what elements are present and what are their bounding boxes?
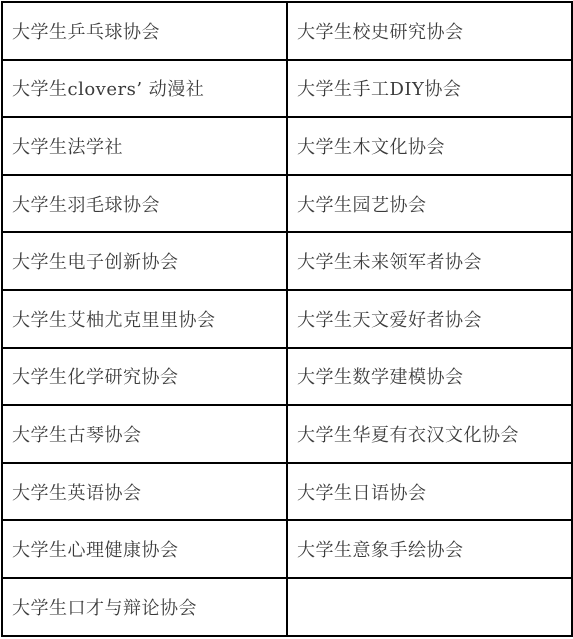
table-cell-left: 大学生电子创新协会 [2,232,287,290]
table-cell-left: 大学生古琴协会 [2,405,287,463]
table-cell-right: 大学生数学建模协会 [287,348,572,406]
table-cell-left: 大学生clovers’ 动漫社 [2,60,287,118]
table-cell-right: 大学生日语协会 [287,463,572,521]
table-cell-right: 大学生手工DIY协会 [287,60,572,118]
table-cell-right: 大学生意象手绘协会 [287,520,572,578]
associations-table-body: 大学生乒乓球协会大学生校史研究协会大学生clovers’ 动漫社大学生手工DIY… [2,2,572,636]
table-row: 大学生古琴协会大学生华夏有衣汉文化协会 [2,405,572,463]
table-row: 大学生口才与辩论协会 [2,578,572,636]
table-cell-left: 大学生法学社 [2,117,287,175]
table-cell-right: 大学生华夏有衣汉文化协会 [287,405,572,463]
table-row: 大学生电子创新协会大学生未来领军者协会 [2,232,572,290]
table-row: 大学生英语协会大学生日语协会 [2,463,572,521]
table-cell-right: 大学生木文化协会 [287,117,572,175]
table-row: 大学生羽毛球协会大学生园艺协会 [2,175,572,233]
table-row: 大学生艾柚尤克里里协会大学生天文爱好者协会 [2,290,572,348]
table-cell-left: 大学生化学研究协会 [2,348,287,406]
table-cell-left: 大学生乒乓球协会 [2,2,287,60]
table-cell-right [287,578,572,636]
document-page: 大学生乒乓球协会大学生校史研究协会大学生clovers’ 动漫社大学生手工DIY… [0,0,573,639]
table-cell-left: 大学生羽毛球协会 [2,175,287,233]
table-cell-left: 大学生艾柚尤克里里协会 [2,290,287,348]
table-cell-right: 大学生校史研究协会 [287,2,572,60]
table-cell-left: 大学生心理健康协会 [2,520,287,578]
table-cell-right: 大学生未来领军者协会 [287,232,572,290]
table-row: 大学生法学社大学生木文化协会 [2,117,572,175]
table-row: 大学生乒乓球协会大学生校史研究协会 [2,2,572,60]
table-cell-right: 大学生天文爱好者协会 [287,290,572,348]
table-cell-left: 大学生英语协会 [2,463,287,521]
table-row: 大学生心理健康协会大学生意象手绘协会 [2,520,572,578]
table-row: 大学生clovers’ 动漫社大学生手工DIY协会 [2,60,572,118]
associations-table: 大学生乒乓球协会大学生校史研究协会大学生clovers’ 动漫社大学生手工DIY… [1,1,573,637]
table-cell-right: 大学生园艺协会 [287,175,572,233]
table-row: 大学生化学研究协会大学生数学建模协会 [2,348,572,406]
table-cell-left: 大学生口才与辩论协会 [2,578,287,636]
